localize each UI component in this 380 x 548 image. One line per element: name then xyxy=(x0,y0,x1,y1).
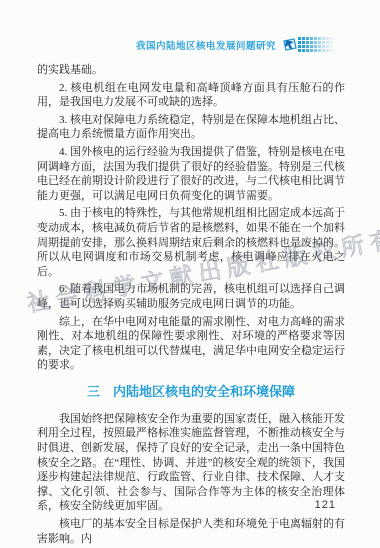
paragraph-point-4: 4. 国外核电的运行经验为我国提供了借鉴，特别是核电在电网调峰方面，法国为我们提… xyxy=(37,145,345,203)
paragraph-point-3: 3. 核电对保障电力系统稳定，特别是在保障本地机组占比、提高电力系统惯量方面作用… xyxy=(37,113,345,142)
paragraph-safety-goal: 核电厂的基本安全目标是保护人类和环境免于电离辐射的有害影响。内 xyxy=(37,517,345,546)
paragraph-point-5: 5. 由于核电的特殊性，与其他常规机组相比固定成本远高于变动成本，核电减负荷后节… xyxy=(37,206,345,279)
publisher-logo-icon xyxy=(282,36,334,53)
paragraph-point-6: 6. 随着我国电力市场机制的完善，核电机组可以选择自己调峰，也可以选择购买辅助服… xyxy=(37,282,345,311)
page-number: 121 xyxy=(315,499,336,511)
paragraph-point-2: 2. 核电机组在电网发电量和高峰顶峰方面具有压舱石的作用，是我国电力发展不可或缺… xyxy=(37,81,345,110)
book-page: 我国内陆地区核电发展问题研究 xyxy=(0,0,380,548)
section-title: 内陆地区核电的安全和环境保障 xyxy=(113,384,295,399)
paragraph-summary: 综上，在华中电网对电能量的需求刚性、对电力高峰的需求刚性、对本地机组的保障性要求… xyxy=(37,315,345,373)
running-head-title: 我国内陆地区核电发展问题研究 xyxy=(136,38,276,52)
paragraph-nuclear-safety: 我国始终把保障核安全作为重要的国家责任，融入核能开发利用全过程，按照最严格标准实… xyxy=(37,412,345,514)
page-header: 我国内陆地区核电发展问题研究 xyxy=(136,36,334,53)
section-number: 三 xyxy=(87,384,100,399)
section-heading: 三内陆地区核电的安全和环境保障 xyxy=(37,383,345,400)
paragraph-continuation: 的实践基础。 xyxy=(37,63,345,78)
page-body: 的实践基础。 2. 核电机组在电网发电量和高峰顶峰方面具有压舱石的作用，是我国电… xyxy=(37,63,345,548)
